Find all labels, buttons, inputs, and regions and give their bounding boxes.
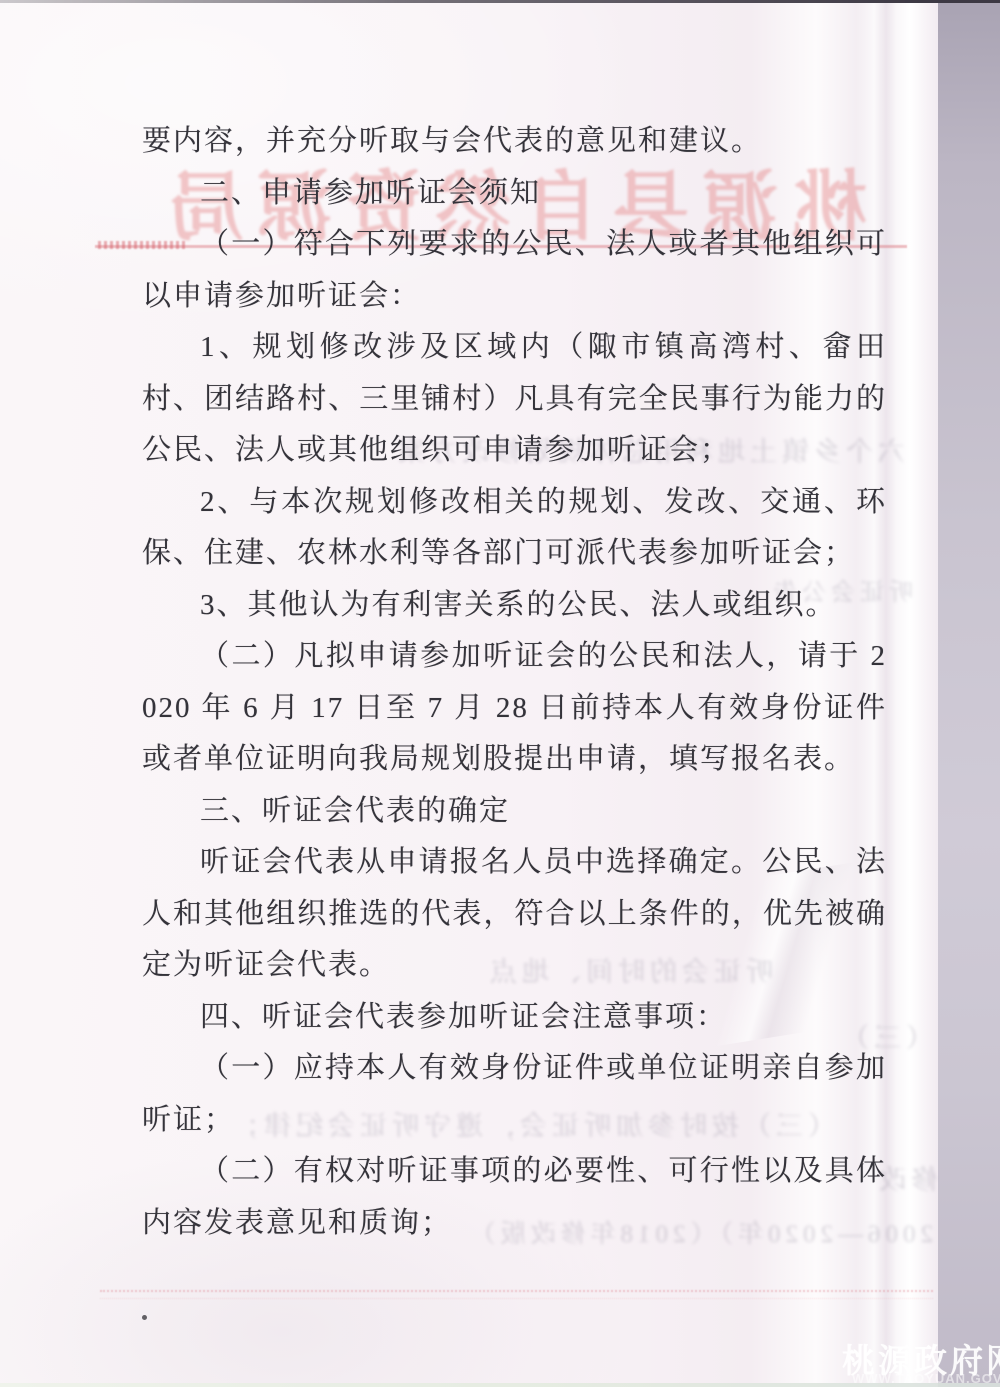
- paragraph: 3、其他认为有利害关系的公民、法人或组织。: [142, 580, 887, 632]
- paragraph: 听证会代表从申请报名人员中选择确定。公民、法人和其他组织推选的代表，符合以上条件…: [142, 837, 887, 992]
- paragraph: （一）符合下列要求的公民、法人或者其他组织可以申请参加听证会：: [142, 219, 887, 322]
- paper-sheet: 桃源县自然资源局 六个乡镇土地利用总体规划修改方案 听证会公告 听证会的时间、地…: [0, 0, 938, 1387]
- section-heading-4: 四、听证会代表参加听证会注意事项：: [142, 992, 887, 1044]
- section-heading-3: 三、听证会代表的确定: [142, 786, 887, 838]
- paragraph: （一）应持本人有效身份证件或单位证明亲自参加听证；: [142, 1043, 887, 1146]
- document-body: 要内容，并充分听取与会代表的意见和建议。 二、申请参加听证会须知 （一）符合下列…: [142, 116, 887, 1249]
- section-heading-2: 二、申请参加听证会须知: [142, 168, 887, 220]
- paragraph: 1、规划修改涉及区域内（陬市镇高湾村、畲田村、团结路村、三里铺村）凡具有完全民事…: [142, 322, 887, 477]
- footer-rule-bleedthrough: [100, 1290, 933, 1299]
- site-watermark-url: WWW.TAOYUAN.GOV.CN: [852, 1371, 1000, 1386]
- scan-top-edge: [0, 0, 1000, 3]
- ink-speck: [142, 1315, 147, 1320]
- paragraph-continuation: 要内容，并充分听取与会代表的意见和建议。: [142, 116, 887, 168]
- scanner-backing-strip: [928, 0, 1000, 1387]
- paragraph: 2、与本次规划修改相关的规划、发改、交通、环保、住建、农林水利等各部门可派代表参…: [142, 477, 887, 580]
- paragraph: （二）凡拟申请参加听证会的公民和法人，请于 2020 年 6 月 17 日至 7…: [142, 631, 887, 786]
- paragraph: （二）有权对听证事项的必要性、可行性以及具体内容发表意见和质询；: [142, 1146, 887, 1249]
- scanned-document-page: 桃源县自然资源局 六个乡镇土地利用总体规划修改方案 听证会公告 听证会的时间、地…: [0, 0, 1000, 1387]
- scan-bottom-edge: [0, 1383, 1000, 1387]
